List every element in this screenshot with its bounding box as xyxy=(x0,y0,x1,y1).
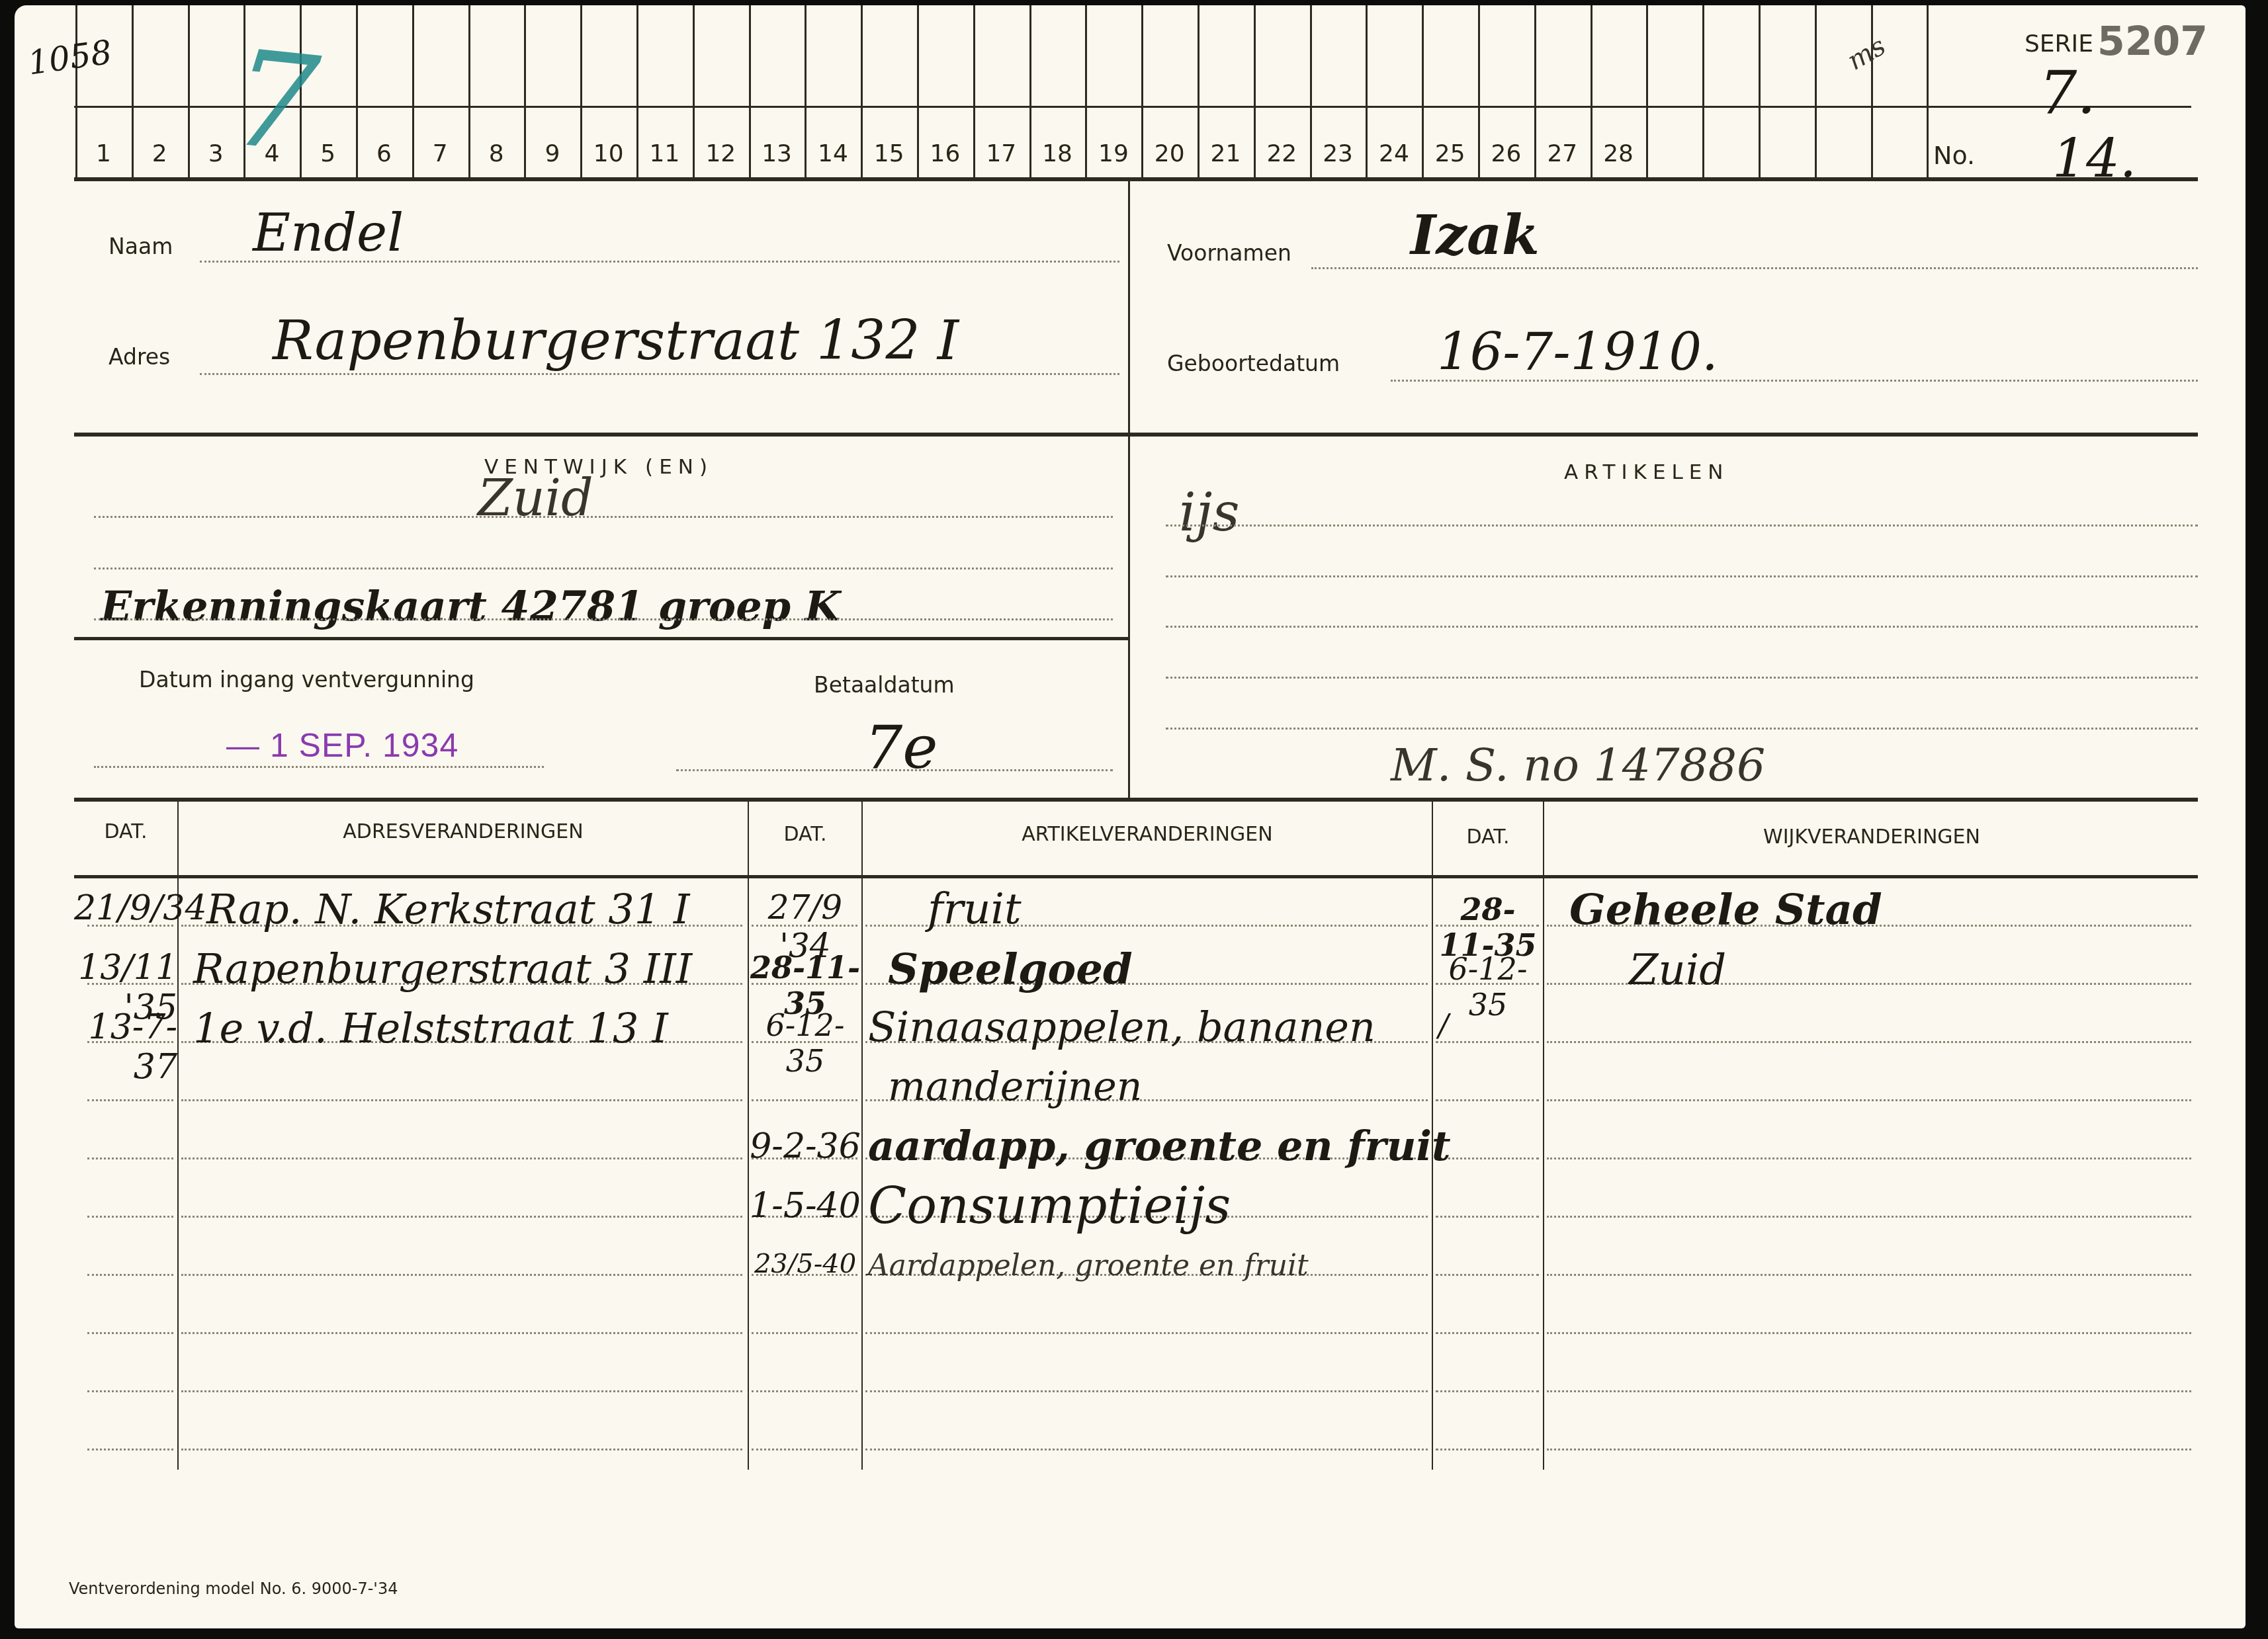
no-label: No. xyxy=(1933,141,1975,170)
adres-row-3-dat: 13-7-37 xyxy=(61,1007,177,1087)
blue-check-mark: 7 xyxy=(225,21,325,183)
table-row-rule xyxy=(1436,1041,1539,1043)
day-column-12: 12 xyxy=(693,131,749,177)
day-column-21: 21 xyxy=(1198,131,1254,177)
footer-model-text: Ventverordening model No. 6. 9000-7-'34 xyxy=(69,1579,398,1598)
table-row-rule xyxy=(87,1449,173,1450)
initials-mark: ms xyxy=(1842,30,1891,76)
wijk-row-2-dat: 6-12-35 xyxy=(1433,951,1543,1023)
day-column-24: 24 xyxy=(1366,131,1422,177)
adres-line xyxy=(200,373,1119,375)
artikel-row-6-dat: 1-5-40 xyxy=(749,1186,861,1226)
day-column-1: 1 xyxy=(75,131,132,177)
artikelen-note: M. S. no 147886 xyxy=(1391,739,1765,792)
geboortedatum-label: Geboortedatum xyxy=(1167,351,1340,376)
table-row-rule xyxy=(752,1332,857,1334)
vendor-registration-card: 1234567891011121314151617181920212223242… xyxy=(15,5,2246,1628)
adres-row-3-text: 1e v.d. Helststraat 13 I xyxy=(193,1004,668,1052)
adres-row-1-dat: 21/9/34 xyxy=(74,888,177,928)
artikel-row-2-text: Speelgoed xyxy=(888,945,1133,994)
artikelen-line-4 xyxy=(1166,677,2198,679)
table-row-rule xyxy=(1547,1449,2191,1450)
strip-column-divider xyxy=(1815,5,1817,179)
artikel-row-7-text: Aardappelen, groente en fruit xyxy=(868,1249,1309,1282)
ventwijk-value: Zuid xyxy=(478,468,593,527)
strip-bottom-rule xyxy=(74,177,2198,181)
day-column-28: 28 xyxy=(1591,131,1647,177)
header-dat-1: DAT. xyxy=(74,820,177,843)
serie-subvalue: 7. xyxy=(2039,58,2096,128)
artikel-row-6-text: Consumptieijs xyxy=(868,1176,1231,1235)
adres-label: Adres xyxy=(109,344,170,370)
adres-row-1-text: Rap. N. Kerkstraat 31 I xyxy=(206,885,689,933)
artikel-row-3-text: Sinaasappelen, bananen xyxy=(868,1003,1375,1051)
ventwijk-divider xyxy=(1128,437,1130,799)
table-row-rule xyxy=(1436,1157,1539,1159)
day-column-27: 27 xyxy=(1534,131,1591,177)
naam-value: Endel xyxy=(253,204,404,263)
table-row-rule xyxy=(1436,1099,1539,1101)
table-row-rule xyxy=(752,1449,857,1450)
section-bottom-rule xyxy=(74,798,2198,802)
table-row-rule xyxy=(1547,1157,2191,1159)
betaaldatum-value: 7e xyxy=(865,713,938,782)
table-row-rule xyxy=(1436,1274,1539,1276)
personal-bottom-rule xyxy=(74,433,2198,437)
table-row-rule xyxy=(1547,1274,2191,1276)
header-artikelveranderingen: ARTIKELVERANDERINGEN xyxy=(863,823,1432,846)
table-row-rule xyxy=(752,1390,857,1392)
table-row-rule xyxy=(1436,1332,1539,1334)
day-column-7: 7 xyxy=(412,131,468,177)
table-row-rule xyxy=(1436,1216,1539,1218)
day-column-25: 25 xyxy=(1422,131,1478,177)
day-column-20: 20 xyxy=(1141,131,1198,177)
day-column-2: 2 xyxy=(132,131,188,177)
artikel-row-5-text: aardapp, groente en fruit xyxy=(868,1122,1451,1170)
table-row-rule xyxy=(1547,1390,2191,1392)
table-row-rule xyxy=(1547,1332,2191,1334)
table-row-rule xyxy=(181,1216,742,1218)
day-column-22: 22 xyxy=(1254,131,1310,177)
table-row-rule xyxy=(1547,1041,2191,1043)
day-column-8: 8 xyxy=(468,131,525,177)
table-row-rule xyxy=(1436,1449,1539,1450)
erkenningskaart-note: Erkenningskaart 42781 groep K xyxy=(101,582,840,630)
adres-row-2-text: Rapenburgerstraat 3 III xyxy=(193,945,692,993)
strip-column-divider xyxy=(1702,5,1704,179)
artikel-row-4-text: manderijnen xyxy=(888,1064,1143,1110)
voornamen-value: Izak xyxy=(1411,204,1540,267)
day-column-16: 16 xyxy=(917,131,973,177)
artikelen-title: ARTIKELEN xyxy=(1564,460,1729,484)
col-divider-3 xyxy=(861,802,863,1470)
table-header-rule xyxy=(74,875,2198,878)
table-row-rule xyxy=(181,1449,742,1450)
artikel-row-1-text: fruit xyxy=(928,885,1022,934)
day-column-17: 17 xyxy=(973,131,1029,177)
day-column-10: 10 xyxy=(580,131,636,177)
day-column-14: 14 xyxy=(805,131,861,177)
wijk-row-2-text: Zuid xyxy=(1629,946,1726,995)
no-value: 14. xyxy=(2052,128,2136,189)
table-row-rule xyxy=(181,1390,742,1392)
artikelen-value: ijs xyxy=(1179,482,1239,543)
adres-value: Rapenburgerstraat 132 I xyxy=(273,310,959,372)
day-column-6: 6 xyxy=(356,131,412,177)
strip-column-divider xyxy=(1759,5,1761,179)
header-wijkveranderingen: WIJKVERANDERINGEN xyxy=(1544,825,2199,849)
table-row-rule xyxy=(181,1332,742,1334)
strip-divider xyxy=(74,106,2191,108)
day-column-13: 13 xyxy=(749,131,805,177)
datum-ingang-stamp: — 1 SEP. 1934 xyxy=(226,726,458,765)
ventwijk-line-2 xyxy=(94,567,1113,569)
col-divider-5 xyxy=(1543,802,1544,1470)
table-row-rule xyxy=(87,1157,173,1159)
geboortedatum-value: 16-7-1910. xyxy=(1437,323,1718,382)
datum-ingang-label: Datum ingang ventvergunning xyxy=(139,667,474,693)
personal-divider xyxy=(1128,181,1130,435)
artikelen-line-1 xyxy=(1166,525,2198,526)
naam-label: Naam xyxy=(109,233,173,259)
betaaldatum-line xyxy=(676,769,1113,771)
artikel-row-5-dat: 9-2-36 xyxy=(749,1126,861,1166)
table-row-rule xyxy=(865,1332,1428,1334)
day-column-11: 11 xyxy=(636,131,693,177)
header-dat-2: DAT. xyxy=(749,823,861,846)
table-row-rule xyxy=(181,1099,742,1101)
artikelen-line-2 xyxy=(1166,575,2198,577)
table-row-rule xyxy=(181,1157,742,1159)
strip-column-divider xyxy=(1871,5,1873,179)
artikel-row-3-dat: 6-12-35 xyxy=(749,1007,861,1079)
day-column-15: 15 xyxy=(861,131,917,177)
table-row-rule xyxy=(865,1390,1428,1392)
day-column-26: 26 xyxy=(1478,131,1534,177)
artikelen-line-3 xyxy=(1166,626,2198,628)
artikelen-line-5 xyxy=(1166,728,2198,730)
wijk-row-3-dat: / xyxy=(1438,1007,1449,1043)
table-row-rule xyxy=(87,1390,173,1392)
corner-number: 1058 xyxy=(26,32,114,82)
table-row-rule xyxy=(1547,1216,2191,1218)
day-column-18: 18 xyxy=(1029,131,1086,177)
header-adresveranderingen: ADRESVERANDERINGEN xyxy=(179,820,748,843)
artikel-row-7-dat: 23/5-40 xyxy=(749,1249,861,1279)
serie-value: 5207 xyxy=(2097,19,2208,65)
table-row-rule xyxy=(752,1099,857,1101)
table-row-rule xyxy=(181,1274,742,1276)
day-column-23: 23 xyxy=(1310,131,1366,177)
table-row-rule xyxy=(1436,1390,1539,1392)
voornamen-label: Voornamen xyxy=(1167,240,1291,266)
day-column-19: 19 xyxy=(1085,131,1141,177)
voornamen-line xyxy=(1311,267,2198,269)
table-row-rule xyxy=(1547,1099,2191,1101)
table-row-rule xyxy=(87,1332,173,1334)
day-column-9: 9 xyxy=(524,131,580,177)
strip-column-divider xyxy=(1927,5,1929,179)
header-dat-3: DAT. xyxy=(1433,825,1543,849)
ventwijk-bottom-rule xyxy=(74,637,1129,640)
table-row-rule xyxy=(865,1449,1428,1450)
ventwijk-line-3 xyxy=(94,618,1113,620)
wijk-row-1-text: Geheele Stad xyxy=(1569,885,1882,935)
table-row-rule xyxy=(87,1099,173,1101)
table-row-rule xyxy=(87,1274,173,1276)
ventwijk-line-1 xyxy=(94,516,1113,518)
strip-column-divider xyxy=(1646,5,1648,179)
betaaldatum-label: Betaaldatum xyxy=(814,672,955,698)
datum-ingang-line xyxy=(94,766,544,768)
table-row-rule xyxy=(87,1216,173,1218)
serie-label: SERIE xyxy=(2025,30,2093,58)
